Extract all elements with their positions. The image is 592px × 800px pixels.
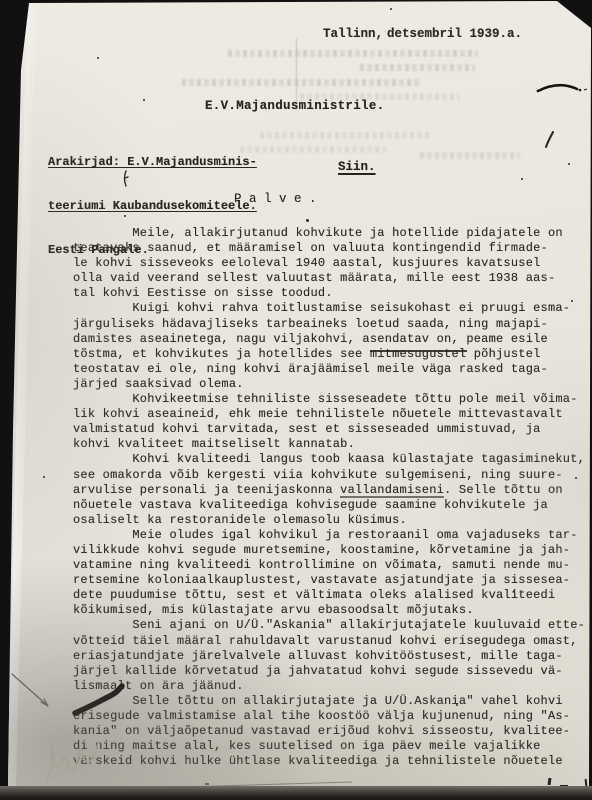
- bleedthrough-line: [240, 146, 390, 153]
- speckle: [568, 163, 570, 165]
- speckle: [575, 477, 577, 479]
- paper-sheet: Tallinn, detsembril 1939.a. E.V.Majandus…: [0, 0, 592, 800]
- addressee-line: E.V.Majandusministrile.: [205, 99, 384, 113]
- ink-tick: [548, 778, 552, 785]
- speckle: [43, 476, 45, 478]
- dateline-city: Tallinn,: [323, 27, 383, 41]
- letter-body: Meile, allakirjutanud kohvikute ja hotel…: [73, 226, 585, 769]
- bleedthrough-line: [420, 152, 520, 159]
- speckle: [571, 300, 573, 302]
- pen-dot: [579, 89, 582, 92]
- scanned-letter: Tallinn, detsembril 1939.a. E.V.Majandus…: [0, 0, 592, 800]
- bleedthrough-line: [228, 50, 478, 57]
- overstrike-mark: [370, 350, 467, 352]
- here-label: Siin.: [338, 160, 376, 174]
- speckle: [124, 215, 126, 217]
- speckle: [513, 590, 515, 592]
- pen-dash-mark: [538, 85, 577, 91]
- bleedthrough-line: [360, 64, 475, 71]
- subject-line: P a l v e .: [234, 192, 317, 206]
- copies-line: teeriumi Kaubandusekomiteele.: [48, 199, 257, 214]
- speckle: [97, 57, 99, 59]
- pen-slash-mark: [546, 132, 553, 147]
- ink-tick: [205, 783, 209, 785]
- dateline-date: detsembril 1939.a.: [387, 27, 522, 41]
- speckle: [306, 219, 309, 222]
- scan-bottom-edge: [0, 786, 592, 800]
- speckle: [143, 99, 145, 101]
- bleedthrough-line: [260, 132, 430, 139]
- bleedthrough-line: [182, 79, 422, 86]
- copies-line: Arakirjad: E.V.Majandusminis-: [48, 155, 257, 170]
- speckle: [521, 178, 523, 180]
- speckle: [456, 704, 458, 706]
- underline-mark: [340, 496, 444, 498]
- paper-edge-highlight: [0, 4, 40, 786]
- speckle: [390, 8, 392, 10]
- pen-dot: [584, 89, 587, 90]
